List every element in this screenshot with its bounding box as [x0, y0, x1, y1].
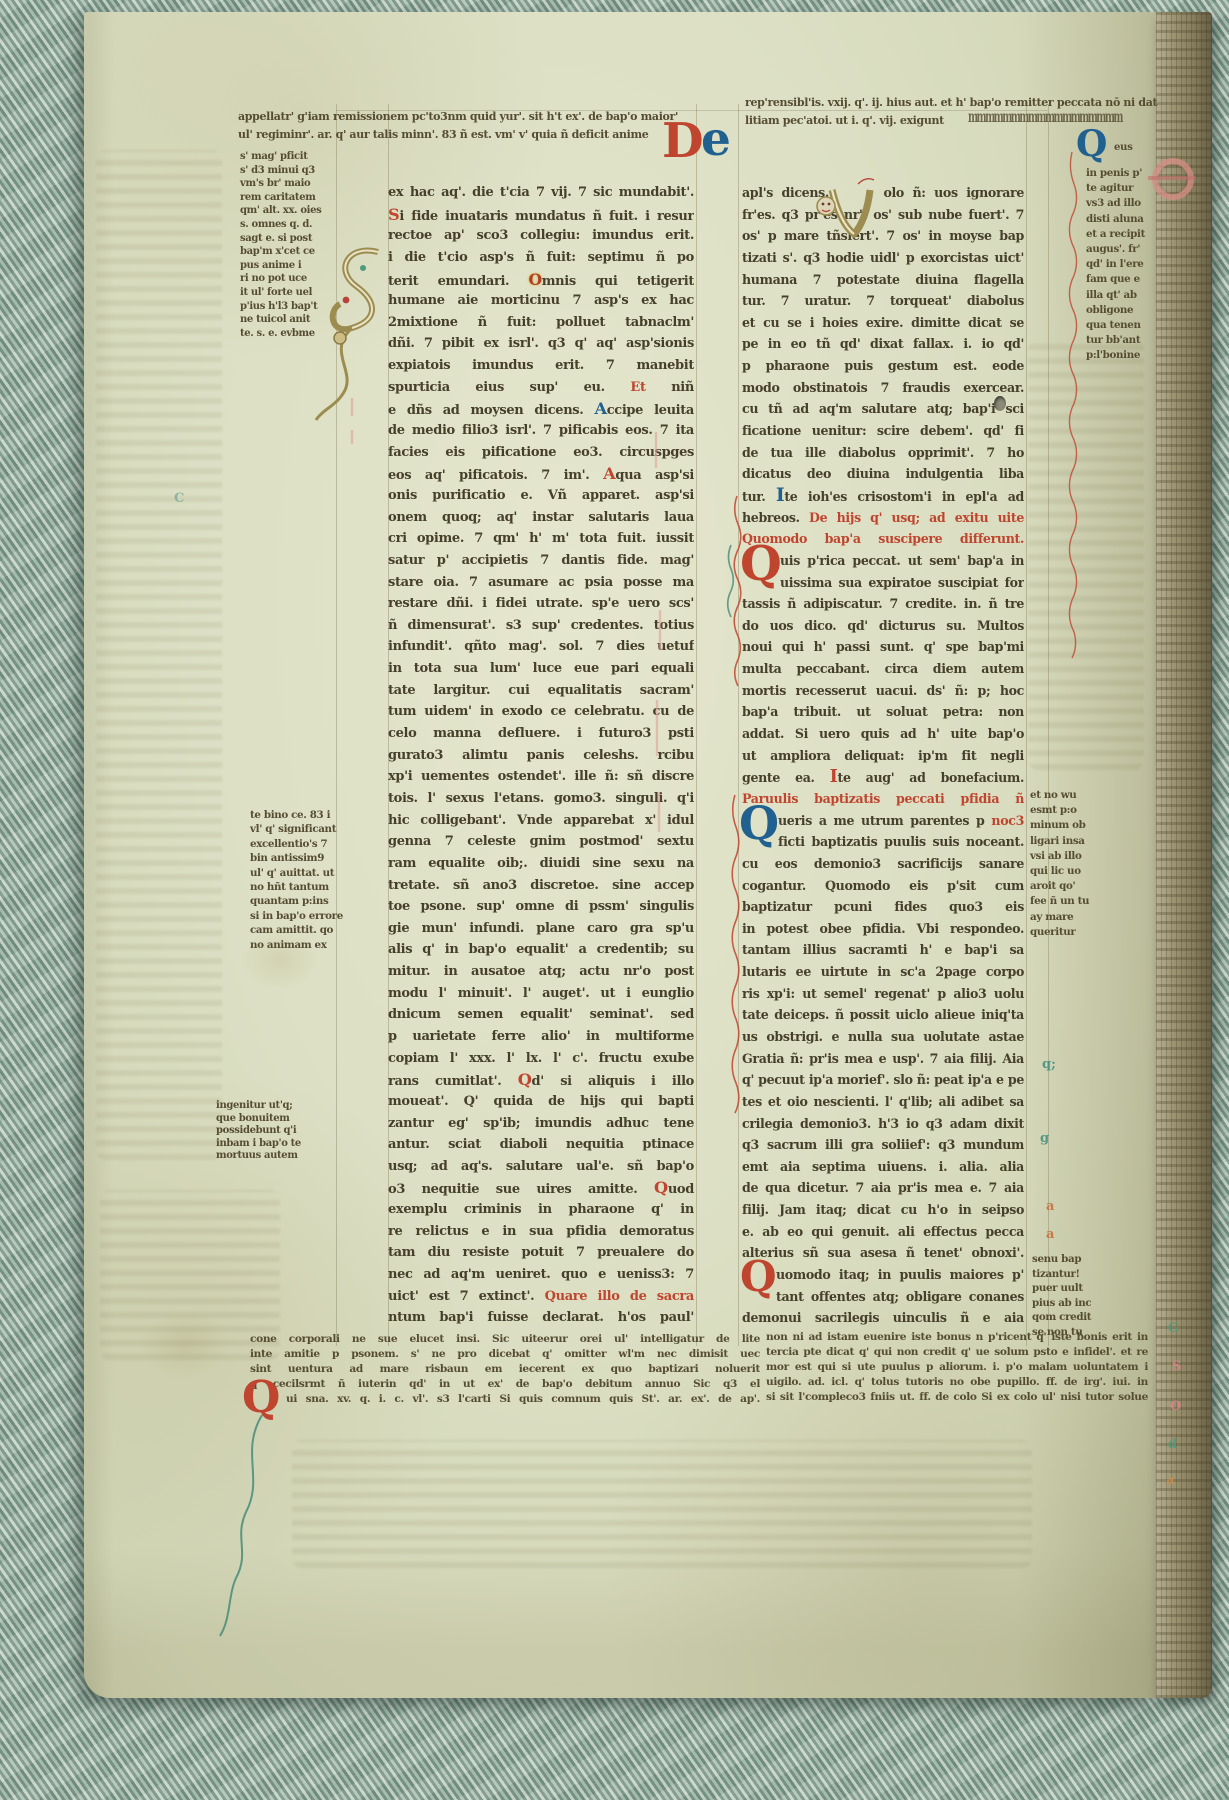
text-line: dicatus deo diuina indulgentia liba [742, 463, 1024, 485]
text-line: possidebunt q'i [216, 1125, 301, 1138]
text-line: aroit qo' [1030, 879, 1089, 894]
ruling-line [336, 104, 337, 1346]
text-line: tur. Ite ioh'es crisostom'i in epl'a ad [742, 485, 1024, 507]
text-line: modo obstinatois 7 fraudis exercear. [742, 377, 1024, 399]
text-line: do uos dico. qd' dicturus su. Multos [742, 615, 1024, 637]
text-line: ut ampliora deliquat: ip'm fit negli [742, 745, 1024, 767]
text-line: pius ab inc [1032, 1296, 1091, 1311]
text-line: q3 sacrum illi gra soliief': q3 mundum [742, 1134, 1024, 1156]
initial-queris: Q [739, 803, 779, 844]
text-line: ligari insa [1030, 834, 1089, 849]
initial-quis-margin: Q [1076, 128, 1107, 160]
text-line: i die t'cio asp's ñ fuit: septimu ñ po [388, 247, 694, 269]
text-line: xp'i uementes ostendet'. ille ñ: sñ disc… [388, 766, 694, 788]
text-line: quantam p:ins [250, 894, 343, 908]
text-line: Quomodo bap'a suscipere differunt. [742, 528, 1024, 550]
ruling-line [1026, 104, 1027, 1346]
text-line: vsi ab illo [1030, 849, 1089, 864]
text-line: hebreos. De hijs q' usq; ad exitu uite [742, 507, 1024, 529]
text-line: e. ab eo qui genuit. ali effectus pecca [742, 1221, 1024, 1243]
text-line: expiatois imundus erit. 7 manebit [388, 355, 694, 377]
text-line: tizantur! [1032, 1267, 1091, 1282]
top-gloss-left: appellatr' g'iam remissionem pc'to3nm qu… [238, 108, 678, 144]
text-line: zantur eg' sp'ib; imundis adhuc tene [388, 1113, 694, 1135]
text-line: crilegia demonio3. h'3 io q3 adam dixit [742, 1113, 1024, 1135]
text-line: excellentio's 7 [250, 837, 343, 851]
text-line: multa peccabant. circa diem autem [742, 658, 1024, 680]
text-line: gente ea. Ite aug' ad bonefacium. [742, 766, 1024, 788]
bottom-gloss-left: cone corporali ne sue elucet insi. Sic u… [250, 1332, 760, 1407]
text-line: p pharaone puis gestum est. eode [742, 355, 1024, 377]
text-line: tur bb'ant [1086, 333, 1145, 348]
text-line: stare oia. 7 asumare ac psia posse ma [388, 572, 694, 594]
text-line: demonui sacrilegis uinculis ñ e aia [742, 1307, 1024, 1329]
text-line: e dñs ad moysen dicens. Accipe leuita [388, 398, 694, 420]
text-line: satur p' accipietis 7 dantis fide. mag' [388, 550, 694, 572]
text-line: qd' in l'ere [1086, 257, 1145, 272]
text-line: cu eos demonio3 sacrificijs sanare [742, 853, 1024, 875]
text-line: et no wu [1030, 788, 1089, 803]
text-line: alterius sñ sua asesa ñ tenet' obnoxi'. [742, 1242, 1024, 1264]
text-line: Paruulis baptizatis peccati pfidia ñ [742, 788, 1024, 810]
text-line: re relictus e in sua pfidia demoratus [388, 1221, 694, 1243]
text-line: us obstrigi. e nulla sua uolutate astae [742, 1026, 1024, 1048]
text-line: queritur [1030, 925, 1089, 940]
text-line: hic colligebant'. Vnde apparebat x' idul [388, 810, 694, 832]
text-line: moueat'. Q' quida de hijs qui bapti [388, 1091, 694, 1113]
text-line: facies eis pificatione eo3. circuspges [388, 442, 694, 464]
text-line: minum ob [1030, 818, 1089, 833]
text-line: ñ dimensurat'. s3 sup' credentes. totius [388, 615, 694, 637]
text-line: bin antissim9 [250, 851, 343, 865]
text-line: et a recipit [1086, 227, 1145, 242]
text-line: disti aluna [1086, 212, 1145, 227]
text-line: que bonuitem [216, 1113, 301, 1126]
text-line: qua tenen [1086, 318, 1145, 333]
text-line: addat. Si uero quis ad h' uite bap'o [742, 723, 1024, 745]
text-line: vs3 ad illo [1086, 196, 1145, 211]
text-line: gurato3 alimtu panis celeshs. rcibu [388, 745, 694, 767]
text-line: s' mag' pficit [240, 150, 321, 164]
text-line: s. omnes q. d. [240, 218, 321, 232]
text-line: mortuus autem [216, 1150, 301, 1163]
text-line: tate largitur. cui equalitatis sacram' [388, 680, 694, 702]
quire-mark: q; [1042, 1058, 1056, 1071]
text-line: p uarietate ferre alio' in multiforme [388, 1026, 694, 1048]
text-line: emt aia septima uiuens. i. alia. alia [742, 1156, 1024, 1178]
text-line: usq; ad aq's. salutare ual'e. sñ bap'o [388, 1156, 694, 1178]
text-line: ul' q' auittat. ut [250, 866, 343, 880]
text-line: ntum bap'i fuisse declarat. h'os paul' [388, 1307, 694, 1329]
text-line: rem caritatem [240, 191, 321, 205]
text-line: cogantur. Quomodo eis p'sit cum [742, 875, 1024, 897]
gloss-left-low: ingenitur ut'q;que bonuitempossidebunt q… [216, 1100, 301, 1163]
text-line: de tua ille diabolus opprimit'. 7 ho [742, 442, 1024, 464]
text-line: mitur. in ausatoe atq; actu nr'o post [388, 961, 694, 983]
text-line: te bino ce. 83 i [250, 808, 343, 822]
text-line: humana 7 potestate diuina flagella [742, 269, 1024, 291]
fore-edge-glyph: d [1168, 1438, 1177, 1451]
text-line: ris xp'i: ut semel' regenat' p alio3 uol… [742, 983, 1024, 1005]
text-line: augus'. fr' [1086, 242, 1145, 257]
text-line: modu l' minuit'. l' auget'. ut i eunglio [388, 983, 694, 1005]
quire-mark: g [1040, 1132, 1049, 1145]
text-line: ul' regiminr'. ar. q' aur talis minn'. 8… [238, 126, 678, 144]
text-line: copiam l' xxx. l' lx. l' c'. fructu exub… [388, 1048, 694, 1070]
text-line: illa qt' ab [1086, 288, 1145, 303]
text-line: dñi. 7 pibit ex isrl'. q3 q' aq' asp'sio… [388, 333, 694, 355]
quire-mark: a [1046, 1200, 1054, 1213]
text-line: s' d3 minui q3 [240, 164, 321, 178]
fore-edge-glyph: O [1170, 1400, 1181, 1413]
fore-edge-glyph: G [1168, 1322, 1179, 1335]
text-line: apl's dicens. olo ñ: uos ignorare [742, 182, 1024, 204]
text-line: dnicum semen equalit' seminat'. sed [388, 1004, 694, 1026]
initial-quomodo: Q [740, 1258, 777, 1296]
text-line: q' pecuut ip'a morief'. slo ñ: peat ip'a… [742, 1069, 1024, 1091]
text-line: o3 nequitie sue uires amitte. Quod [388, 1177, 694, 1199]
text-line: cu tñ ad aq'm salutare atq; bap'i sci [742, 398, 1024, 420]
text-line: vl' q' significant [250, 822, 343, 836]
text-line: humane aie morticinu 7 asp's ex hac [388, 290, 694, 312]
gloss-right-low: senu baptizantur!puer uultpius ab incqom… [1032, 1252, 1091, 1339]
text-line: alis q' in bap'o equalit' a credentib; s… [388, 939, 694, 961]
text-line: in potest obee pfidia. Vbi respondeo. [742, 918, 1024, 940]
text-line: de qua dicetur. 7 aia pr'is mea e. 7 aia [742, 1177, 1024, 1199]
text-line: et cu se i hoies exire. dimitte dicat se [742, 312, 1024, 334]
text-line: cone corporali ne sue elucet insi. Sic u… [250, 1332, 760, 1347]
text-line: 2mixtione ñ fuit: polluet tabnaclm' [388, 312, 694, 334]
text-line: sagt e. si post [240, 232, 321, 246]
show-through-text [96, 150, 222, 1160]
text-line: sint uentura ad mare risbaun em iecerent… [250, 1362, 760, 1377]
quire-mark: C [174, 492, 184, 505]
text-line: tant offentes atq; obligare conanes [742, 1286, 1024, 1308]
text-line: ueris a me utrum parentes p noc3 [742, 810, 1024, 832]
text-line: ri no pot uce [240, 272, 321, 286]
text-line: inbam i bap'o te [216, 1138, 301, 1151]
text-line: tate deiceps. ñ possit uiclo alieue iniq… [742, 1004, 1024, 1026]
bottom-gloss-right: non ni ad istam euenire iste bonus n p'r… [766, 1330, 1148, 1405]
fore-edge-glyph: S [1172, 1360, 1181, 1373]
text-line: te agitur [1086, 181, 1145, 196]
text-line: appellatr' g'iam remissionem pc'to3nm qu… [238, 108, 678, 126]
text-line: senu bap [1032, 1252, 1091, 1267]
text-line: tretate. sñ ano3 discretoe. sine accep [388, 875, 694, 897]
text-line: esmt p:o [1030, 803, 1089, 818]
fore-edge-ornament [1152, 158, 1194, 200]
text-line: celo manna defluere. i futuro3 psti [388, 723, 694, 745]
text-line: onem quoq; aq' instar salutaris laua [388, 507, 694, 529]
gloss-right-beside-initial: eus [1114, 142, 1133, 153]
main-column-left: ex hac aq'. die t'cia 7 vij. 7 sic munda… [388, 182, 694, 1329]
text-line: uict' est 7 extinct'. Quare illo de sacr… [388, 1286, 694, 1308]
text-line: fee ñ un tu [1030, 894, 1089, 909]
text-line: in tota sua lum' luce eue pari equali [388, 658, 694, 680]
show-through-text [292, 1440, 1032, 1568]
text-line: mortis recesserut uacui. ds' ñ: p; hoc [742, 680, 1024, 702]
quire-mark: a [1046, 1228, 1054, 1241]
text-line: qm' alt. xx. oies [240, 204, 321, 218]
text-line: tassis ñ adipiscatur. 7 credite. in. ñ t… [742, 593, 1024, 615]
text-line: inte amitie p psonem. s' ne pro dicebat … [250, 1347, 760, 1362]
text-line: no hñt tantum [250, 880, 343, 894]
text-line: uis p'rica peccat. ut sem' bap'a in no [742, 550, 1024, 572]
text-line: tam diu resiste potuit 7 preualere do [388, 1242, 694, 1264]
text-line: Si fide inuataris mundatus ñ fuit. i res… [388, 204, 694, 226]
text-line: q' cecilsrmt ñ iuterin qd' in ut ex' de … [250, 1377, 760, 1392]
text-line: tizati s'. q3 hodie uidl' p exorcistas u… [742, 247, 1024, 269]
text-line: filij. Jam itaq; dicat cu h'o in seipso [742, 1199, 1024, 1221]
text-line: qui lic uo [1030, 864, 1089, 879]
text-line: uigilo. ad. icl. q' tolus tutoris no obe… [766, 1375, 1148, 1390]
text-line: si sit l'compleco3 fniis ut. ff. de colo… [766, 1390, 1148, 1405]
text-line: cam amittit. qo [250, 923, 343, 937]
ruling-line [696, 104, 697, 1346]
text-line: toe psone. sup' omne di pssm' singulis [388, 896, 694, 918]
manuscript-photo: appellatr' g'iam remissionem pc'to3nm qu… [0, 0, 1229, 1800]
text-line: qom credit [1032, 1310, 1091, 1325]
gloss-left-mid: te bino ce. 83 ivl' q' significantexcell… [250, 808, 343, 952]
initial-bottom-gloss: Q [242, 1378, 280, 1418]
text-line: os' p mare tñsiert'. 7 os' in moyse bap [742, 225, 1024, 247]
text-line: infundit'. qñto mag'. sol. 7 dies uetuf [388, 636, 694, 658]
text-line: tantam illius sacramti h' e bap'i sa [742, 939, 1024, 961]
text-line: ui sna. xv. q. i. c. vl'. s3 l'carti Si … [250, 1392, 760, 1407]
gloss-right-mid: et no wuesmt p:ominum obligari insavsi a… [1030, 788, 1089, 940]
text-line: uomodo itaq; in puulis maiores p' [742, 1264, 1024, 1286]
show-through-text [1028, 340, 1144, 770]
text-line: ingenitur ut'q; [216, 1100, 301, 1113]
text-line: genna 7 celeste gnim postmod' sextu [388, 831, 694, 853]
text-line: rans cumitlat'. Qd' si aliquis i illo [388, 1069, 694, 1091]
text-line: bap'a tribuit. ut soluat petra: non [742, 701, 1024, 723]
text-line: in penis p' [1086, 166, 1145, 181]
text-line: exemplu criminis in pharaone q' in [388, 1199, 694, 1221]
text-line: onis purificatio e. Vñ apparet. asp'si [388, 485, 694, 507]
text-line: uissima sua expiratoe suscipiat for [742, 572, 1024, 594]
text-line: spurticia eius sup' eu. Et niñ [388, 377, 694, 399]
text-line: p:l'bonine [1086, 348, 1145, 363]
text-line: fr'es. q3 pr'es nr'i os' sub nube fuert'… [742, 204, 1024, 226]
gloss-right-top: in penis p'te agiturvs3 ad illodisti alu… [1086, 166, 1145, 363]
text-line: ne tuicol anit [240, 313, 321, 327]
text-line: fam que e [1086, 272, 1145, 287]
text-line: mor est qui si ute puulus p aliorum. i. … [766, 1360, 1148, 1375]
text-line: te. s. e. evbme [240, 327, 321, 341]
text-line: nec ad aq'm ueniret. quo e ueniss3: 7 [388, 1264, 694, 1286]
text-line: tois. l' sexus l'etans. gomo3. singuli. … [388, 788, 694, 810]
running-title-e: e [701, 119, 731, 161]
text-line: Gratia ñ: pr'is mea e usp'. 7 aia filij.… [742, 1048, 1024, 1070]
text-line: si in bap'o errore [250, 909, 343, 923]
text-line: puer uult [1032, 1281, 1091, 1296]
text-line: pe in eo tñ qd' dixat fallax. i. io qd' [742, 333, 1024, 355]
text-line: pus anime i [240, 259, 321, 273]
main-column-right: apl's dicens. olo ñ: uos ignorarefr'es. … [742, 182, 1024, 1329]
text-line: ex hac aq'. die t'cia 7 vij. 7 sic munda… [388, 182, 694, 204]
text-line: noui qui h' passi sunt. q' spe bap'mi [742, 636, 1024, 658]
text-line: no animam ex [250, 938, 343, 952]
text-line: tes et oio nescienti. l' q'lib; ali adib… [742, 1091, 1024, 1113]
text-line: vm's br' maio [240, 177, 321, 191]
text-line: ficti baptizatis puulis suis noceant. [742, 831, 1024, 853]
text-line: tur. 7 uratur. 7 torqueat' diabolus [742, 290, 1024, 312]
text-line: it ul' forte uel [240, 286, 321, 300]
text-line: non ni ad istam euenire iste bonus n p'r… [766, 1330, 1148, 1345]
ruling-line [738, 104, 739, 1346]
text-line: terit emundari. Omnis qui tetigerit [388, 269, 694, 291]
text-line: gie mun' infundi. plane caro gra sp'u [388, 918, 694, 940]
text-line: ficatione uenitur: scire debem'. qd' fi [742, 420, 1024, 442]
gloss-left-top: s' mag' pficits' d3 minui q3vm's br' mai… [240, 150, 321, 340]
text-line: cri opime. 7 qm' h' m' tota fuit. iussit [388, 528, 694, 550]
text-line: ay mare [1030, 910, 1089, 925]
text-line: tercia pte dicat q' qui non credit q' ue… [766, 1345, 1148, 1360]
text-line: restare dñi. i fidei utrate. sp'e uero s… [388, 593, 694, 615]
text-line: eos aq' pificatois. 7 im'. Aqua asp'si [388, 463, 694, 485]
text-line: tum uidem' in exodo ce celebratu. cu de [388, 701, 694, 723]
text-line: rectoe ap' sco3 collegiu: imundus erit. [388, 225, 694, 247]
text-line: bap'm x'cet ce [240, 245, 321, 259]
running-title-d: D [662, 120, 704, 163]
text-line: de medio filio3 isrl'. 7 pificabis eos. … [388, 420, 694, 442]
initial-quis-rubric: Q [740, 543, 782, 586]
text-line: baptizatur pcuni fides quo3 eis [742, 896, 1024, 918]
fore-edge-strip [1156, 12, 1212, 1698]
text-line: lutaris ee uirtute in sc'a 2page corpo [742, 961, 1024, 983]
fore-edge-glyph: a [1166, 1474, 1174, 1487]
text-line: obligone [1086, 303, 1145, 318]
text-line: antur. sciat diaboli nequitia ptinace [388, 1134, 694, 1156]
text-line: p'ius h'l3 bap't [240, 300, 321, 314]
text-line: ram equalite oib;. diuidi sine sexu na [388, 853, 694, 875]
